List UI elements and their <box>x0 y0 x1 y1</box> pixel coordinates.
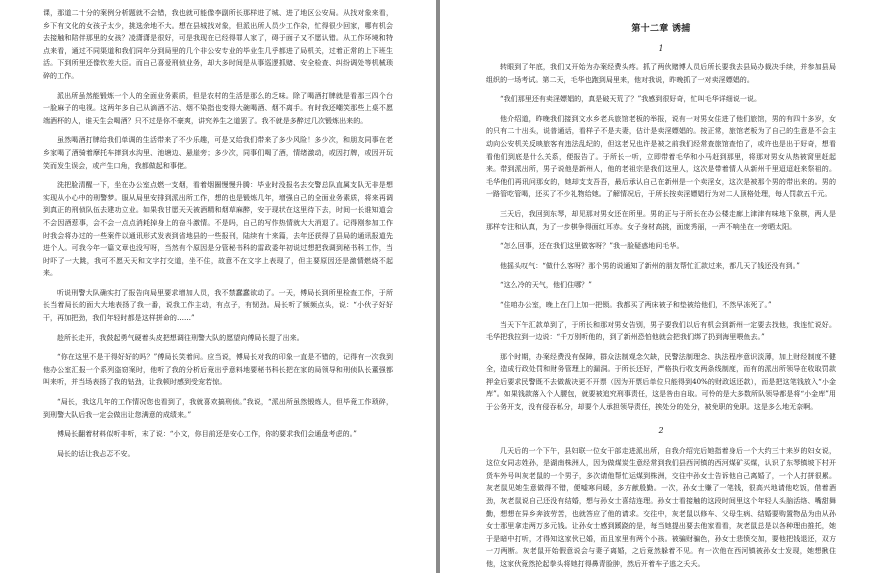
document-viewer: 课，那道二十分的案例分析题就不会错，我也就可能像李副所长那样进了城、进了地区公安… <box>0 0 875 573</box>
paragraph: “这么冷的天气，他们住哪？” <box>486 279 836 292</box>
paragraph: “住咱办公室，晚上在门上加一把锁。我都买了两床被子和垫被给他们，不然早冻死了。” <box>486 299 836 312</box>
paragraph: 当天下午汇款单到了，于所长和那对男女告别，男子要我们以后有机会到新州一定要去找他… <box>486 319 836 344</box>
section-number: 2 <box>486 426 836 435</box>
paragraph: “局长，我这几年的工作情况您也看到了，我就喜欢搞刑侦。”我说，“派出所虽然锻炼人… <box>43 396 393 421</box>
left-page-body: 课，那道二十分的案例分析题就不会错，我也就可能像李副所长那样进了城、进了地区公安… <box>43 7 393 467</box>
paragraph: 局长的话让我忐忑不安。 <box>43 448 393 461</box>
paragraph: 趁所长走开，我鼓起勇气硬着头皮把想调往刑警大队的愿望向傅局长提了出来。 <box>43 332 393 345</box>
paragraph: 三天后，我回到东琴，却见那对男女还在所里。男的正与于所长在办公楼走廊上津津有味地… <box>486 208 836 233</box>
chapter-title: 第十二章 诱捕 <box>486 21 836 34</box>
paragraph: 洗把脸清醒一下，坐在办公室点燃一支烟，看着烟圈慢慢升腾：毕业时没报名去交警总队直… <box>43 179 393 280</box>
left-page: 课，那道二十分的案例分析题就不会错，我也就可能像李副所长那样进了城、进了地区公安… <box>0 0 436 573</box>
paragraph: 他摇头叹气：“做什么客呀？那个男的说通知了新州的朋友帮忙汇款过来，都几天了钱还没… <box>486 260 836 273</box>
paragraph: 派出所虽然能锻炼一个人的全面业务素质，但是农村的生活是那么的乏味。除了喝酒打牌就… <box>43 90 393 128</box>
paragraph: 傅局长翻着材料似听非听，末了说：“小文，你目前还是安心工作，你的要求我们会通盘考… <box>43 428 393 441</box>
paragraph: 虽然喝酒打牌给我们单调的生活带来了不少乐趣，可是又给我们带来了多少风险！多少次，… <box>43 134 393 172</box>
paragraph: 课，那道二十分的案例分析题就不会错，我也就可能像李副所长那样进了城、进了地区公安… <box>43 7 393 83</box>
paragraph: 几天后的一个下午，县妇联一位女干部走进派出所，自我介绍完后她指着身后一个大约三十… <box>486 445 836 571</box>
paragraph: 他介绍道，昨晚我们接到文水乡老兵旅馆老板的举报，说有一对男女住进了他们旅馆，男的… <box>486 113 836 201</box>
paragraph: 那个时期，办案经费没有保障，群众法制观念欠缺，民警法制理念、执法程序意识淡薄，加… <box>486 351 836 414</box>
paragraph: “我们那里还有卖淫嫖娼的，真是破天荒了？”我感到很好奇，忙叫毛华详细说一说。 <box>486 93 836 106</box>
paragraph: “你在这里不是干得好好的吗？”傅局长笑着问。应当说，傅局长对我的印象一直是不错的… <box>43 351 393 389</box>
right-page: 第十二章 诱捕 1 转眼到了年底，我们又开始为办案经费头疼。抓了两伙赌博人员后所… <box>440 0 875 573</box>
right-page-body: 第十二章 诱捕 1 转眼到了年底，我们又开始为办案经费头疼。抓了两伙赌博人员后所… <box>486 14 836 573</box>
paragraph: 听说刑警大队确实打了报告向局里要求增加人员，我不禁蠢蠢欲动了。一天，傅局长到所里… <box>43 287 393 325</box>
paragraph: 转眼到了年底，我们又开始为办案经费头疼。抓了两伙赌博人员后所长要我去县局办裁决手… <box>486 61 836 86</box>
paragraph: “怎么回事，还在我们这里做客呀？”我一脸疑惑地问毛华。 <box>486 240 836 253</box>
section-number: 1 <box>486 44 836 53</box>
